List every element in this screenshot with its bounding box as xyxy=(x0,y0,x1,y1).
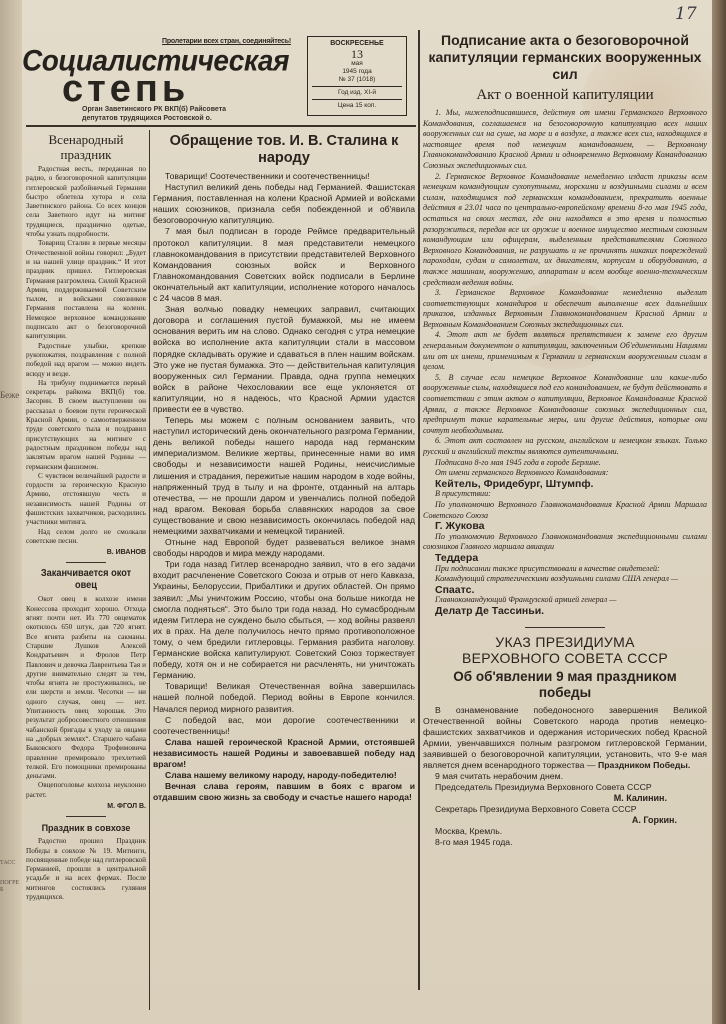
paragraph: 7 мая был подписан в городе Реймсе предв… xyxy=(153,226,415,304)
secretary-name: А. Горкин. xyxy=(423,815,707,826)
handwritten-page-number: 17 xyxy=(675,4,697,24)
issue-month: мая xyxy=(308,60,406,68)
paragraph: Теперь мы можем с полным основанием заяв… xyxy=(153,415,415,537)
paragraph: С чувством величайшей радости и гордости… xyxy=(26,472,146,528)
soviet-signatory: Г. Жукова xyxy=(423,521,707,532)
clause: 5. В случае если немецкое Верховное Кома… xyxy=(423,373,707,437)
article-title: Праздник в совхозе xyxy=(26,822,146,834)
stalin-address-title: Обращение тов. И. В. Сталина к народу xyxy=(163,133,405,167)
newspaper-title-line2: степь xyxy=(62,70,189,108)
capitulation-headline: Подписание акта о безоговорочной капитул… xyxy=(423,32,707,83)
divider xyxy=(66,562,106,563)
decree-nonworking: 9 мая считать нерабочим днем. xyxy=(423,771,707,782)
clause: 6. Этот акт составлен на русском, англий… xyxy=(423,436,707,457)
decree: УКАЗ ПРЕЗИДИУМА ВЕРХОВНОГО СОВЕТА СССР О… xyxy=(423,634,707,848)
subtitle-line1: Орган Заветинского РК ВКП(б) Райсовета xyxy=(82,105,226,114)
issue-datebox: ВОСКРЕСЕНЬЕ 13 мая 1945 года № 37 (1018)… xyxy=(307,36,407,116)
article-okot-ovec: Заканчивается окот овец Окот овец в колх… xyxy=(26,568,146,811)
clause: 1. Мы, нижеподписавшиеся, действуя от им… xyxy=(423,108,707,172)
article-author: М. ФГОЛ В. xyxy=(26,802,146,811)
article-title: Всенародный праздник xyxy=(26,132,146,162)
paragraph: Товарищ Сталин в первые месяцы Отечестве… xyxy=(26,239,146,341)
paragraph: Над селом долго не смолкали советские пе… xyxy=(26,528,146,547)
slogan: Слава нашей героической Красной Армии, о… xyxy=(153,737,415,770)
witnesses-label: При подписании также присутствовали в ка… xyxy=(423,564,707,575)
decree-subtitle: Об об'явлении 9 мая праздником победы xyxy=(453,669,677,701)
issue-number: № 37 (1018) xyxy=(308,76,406,84)
clause: 4. Этот акт не будет являться препятстви… xyxy=(423,330,707,372)
issue-day: 13 xyxy=(308,48,406,60)
left-column: Всенародный праздник Радостная весть, пе… xyxy=(26,130,146,902)
paragraph: Товарищи! Соотечественники и соотечестве… xyxy=(153,171,415,182)
decree-date: 8-го мая 1945 года. xyxy=(423,837,707,848)
soviet-authority: По уполномочию Верховного Главнокомандов… xyxy=(423,500,707,521)
paragraph: Радостная весть, переданная по радио, о … xyxy=(26,165,146,239)
article-title: Заканчивается окот овец xyxy=(31,568,141,592)
allied-authority: По уполномочию Верховного Главнокомандов… xyxy=(423,532,707,553)
masthead-rule xyxy=(26,125,416,127)
column-divider xyxy=(149,130,150,1010)
previous-page-edge: Беже ТАСС ПОГРЕБ xyxy=(0,0,24,1024)
allied-signatory: Теддера xyxy=(423,553,707,564)
paragraph: Товарищи! Великая Отечественная война за… xyxy=(153,681,415,714)
article-vsenarodny: Всенародный праздник Радостная весть, пе… xyxy=(26,132,146,557)
paragraph: Отныне над Европой будет развеваться вел… xyxy=(153,537,415,559)
slogan: Слава нашему великому народу, народу-поб… xyxy=(153,770,415,781)
clause: 2. Германское Верховное Командование нем… xyxy=(423,172,707,289)
masthead-subtitle: Орган Заветинского РК ВКП(б) Райсовета д… xyxy=(82,105,226,123)
article-author: В. ИВАНОВ xyxy=(26,548,146,557)
newspaper-page: 17 Пролетарии всех стран, соединяйтесь! … xyxy=(22,0,712,1024)
binding-edge xyxy=(712,0,726,1024)
paragraph: Наступил великий день победы над Германи… xyxy=(153,182,415,226)
chair-title: Председатель Президиума Верховного Совет… xyxy=(423,782,707,793)
slogans: Слава нашей героической Красной Армии, о… xyxy=(153,737,415,804)
prev-page-fragment: Беже xyxy=(0,392,22,399)
paragraph: Радостно прошел Праздник Победы в совхоз… xyxy=(26,837,146,902)
issue-year: 1945 года xyxy=(308,68,406,76)
capitulation-subheadline: Акт о военной капитуляции xyxy=(423,86,707,104)
signed-line: Подписано 8-го мая 1945 года в городе Бе… xyxy=(423,458,707,469)
divider xyxy=(525,627,605,628)
us-signatory: Спаатс. xyxy=(423,585,707,596)
decree-body: В ознаменование победоносного завершения… xyxy=(423,705,707,848)
decree-title-line2: ВЕРХОВНОГО СОВЕТА СССР xyxy=(423,650,707,666)
presence-label: В присутствии: xyxy=(423,489,707,500)
right-column: Подписание акта о безоговорочной капитул… xyxy=(423,32,707,848)
chair-name: М. Калинин. xyxy=(423,793,707,804)
paragraph: Три года назад Гитлер всенародно заявил,… xyxy=(153,559,415,681)
center-column: Обращение тов. И. В. Сталина к народу То… xyxy=(153,130,415,803)
decree-title-line1: УКАЗ ПРЕЗИДИУМА xyxy=(423,634,707,650)
issue-price: Цена 15 коп. xyxy=(312,99,402,110)
capitulation-act-text: 1. Мы, нижеподписавшиеся, действуя от им… xyxy=(423,108,707,479)
paragraph: С победой вас, мои дорогие соотечественн… xyxy=(153,715,415,737)
decree-bold-text: Праздником Победы. xyxy=(598,760,690,770)
clause: 3. Германское Верховное Командование нем… xyxy=(423,288,707,330)
german-signatories: Кейтель, Фридебург, Штумпф. xyxy=(423,479,707,490)
paragraph: На трибуну поднимается первый секретарь … xyxy=(26,379,146,472)
paragraph: Овцепоголовье колхоза неуклонно растет. xyxy=(26,781,146,800)
paragraph: Зная волчью повадку немецких заправил, с… xyxy=(153,304,415,415)
divider xyxy=(66,816,106,817)
subtitle-line2: депутатов трудящихся Ростовской о. xyxy=(82,114,226,123)
secretary-title: Секретарь Президиума Верховного Совета С… xyxy=(423,804,707,815)
column-divider xyxy=(418,30,420,990)
article-prazdnik-v-sovhoze: Праздник в совхозе Радостно прошел Празд… xyxy=(26,822,146,902)
issue-volume: Год изд. XI-й xyxy=(312,86,402,97)
paragraph: Окот овец в колхозе имени Конессова прох… xyxy=(26,595,146,781)
decree-place: Москва, Кремль. xyxy=(423,826,707,837)
paragraph: Радостные улыбки, крепкие рукопожатия, п… xyxy=(26,342,146,379)
prev-page-fragment: ПОГРЕБ xyxy=(0,880,22,894)
prev-page-fragment: ТАСС xyxy=(0,860,22,867)
fr-signatory: Делатр Де Тассиньи. xyxy=(423,606,707,617)
slogan: Вечная слава героям, павшим в боях с вра… xyxy=(153,781,415,803)
